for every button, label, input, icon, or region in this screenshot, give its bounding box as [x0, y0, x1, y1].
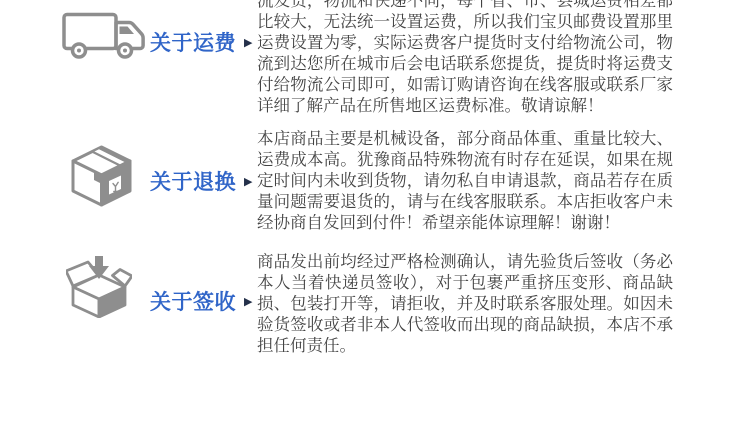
shipping-policy-text: 流发货，物流和快递不同，每个省、市、县城运费相差都比较大，无法统一设置运费，所以…	[257, 0, 673, 117]
receipt-heading-label: 关于签收	[150, 286, 236, 316]
sealed-box-icon	[70, 145, 133, 207]
right-triangle-icon: ▶	[244, 177, 252, 188]
truck-icon	[62, 12, 148, 60]
product-policy-panel: 关于运费 ▶ 流发货，物流和快递不同，每个省、市、县城运费相差都比较大，无法统一…	[0, 0, 750, 433]
receipt-policy-text: 商品发出前均经过严格检测确认，请先验货后签收（务必本人当着快递员签收），对于包裹…	[257, 252, 673, 357]
receipt-heading: 关于签收 ▶	[150, 286, 252, 316]
returns-heading: 关于退换 ▶	[150, 166, 252, 196]
returns-policy-text: 本店商品主要是机械设备，部分商品体重、重量比较大、运费成本高。犹豫商品特殊物流有…	[257, 129, 673, 234]
returns-heading-label: 关于退换	[150, 166, 236, 196]
open-box-icon	[66, 256, 132, 318]
shipping-heading: 关于运费 ▶	[150, 27, 252, 57]
right-triangle-icon: ▶	[244, 297, 252, 308]
right-triangle-icon: ▶	[244, 38, 252, 49]
shipping-heading-label: 关于运费	[150, 27, 236, 57]
